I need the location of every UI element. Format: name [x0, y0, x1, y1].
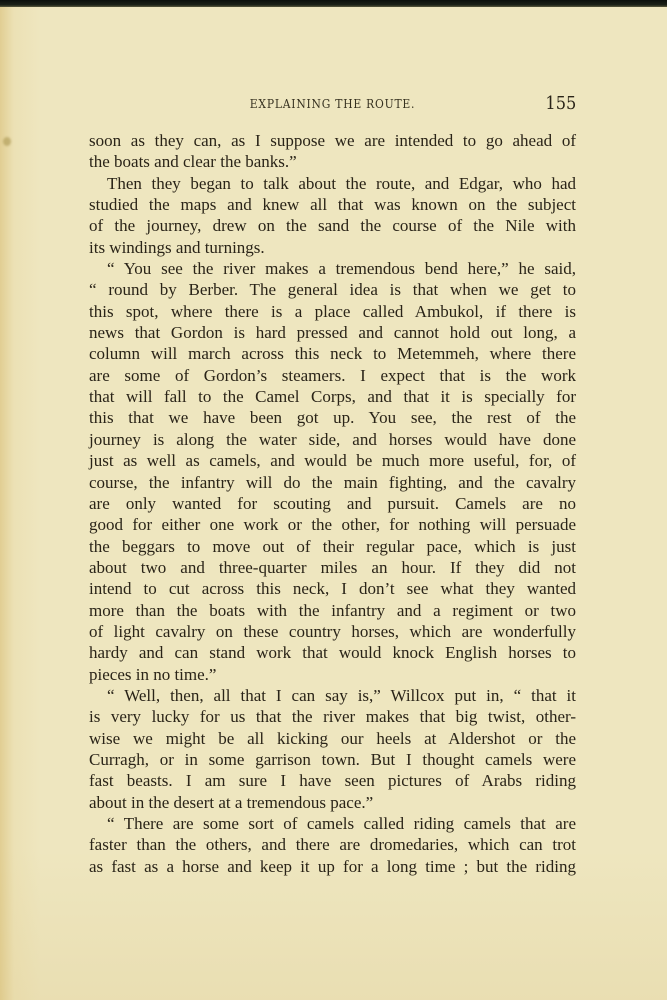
text-line: good for either one work or the other, f…: [89, 514, 576, 535]
text-line: Then they began to talk about the route,…: [89, 173, 576, 194]
text-line: soon as they can, as I suppose we are in…: [89, 130, 576, 151]
text-line: of the journey, drew on the sand the cou…: [89, 215, 576, 236]
text-line: “ Well, then, all that I can say is,” Wi…: [89, 685, 576, 706]
text-line: just as well as camels, and would be muc…: [89, 450, 576, 471]
text-line: about two and three-quarter miles an hou…: [89, 557, 576, 578]
text-line: intend to cut across this neck, I don’t …: [89, 578, 576, 599]
text-line: “ round by Berber. The general idea is t…: [89, 279, 576, 300]
body-text: soon as they can, as I suppose we are in…: [89, 130, 576, 877]
text-line: that will fall to the Camel Corps, and t…: [89, 386, 576, 407]
text-line: “ You see the river makes a tremendous b…: [89, 258, 576, 279]
text-line: faster than the others, and there are dr…: [89, 834, 576, 855]
text-line: course, the infantry will do the main fi…: [89, 472, 576, 493]
text-line: pieces in no time.”: [89, 664, 576, 685]
text-line: this that we have been got up. You see, …: [89, 407, 576, 428]
text-line: Curragh, or in some garrison town. But I…: [89, 749, 576, 770]
chapter-running-title: EXPLAINING THE ROUTE.: [123, 96, 542, 111]
text-line: is very lucky for us that the river make…: [89, 706, 576, 727]
text-line: column will march across this neck to Me…: [89, 343, 576, 364]
margin-stain: [3, 137, 11, 146]
text-line: the boats and clear the banks.”: [89, 151, 576, 172]
text-line: more than the boats with the infantry an…: [89, 600, 576, 621]
text-line: of light cavalry on these country horses…: [89, 621, 576, 642]
page-top-edge: [0, 0, 667, 7]
book-page: EXPLAINING THE ROUTE. 155 soon as they c…: [0, 0, 667, 1000]
text-line: hardy and can stand work that would knoc…: [89, 642, 576, 663]
text-line: as fast as a horse and keep it up for a …: [89, 856, 576, 877]
text-line: “ There are some sort of camels called r…: [89, 813, 576, 834]
text-line: journey is along the water side, and hor…: [89, 429, 576, 450]
text-line: the beggars to move out of their regular…: [89, 536, 576, 557]
text-line: studied the maps and knew all that was k…: [89, 194, 576, 215]
text-line: news that Gordon is hard pressed and can…: [89, 322, 576, 343]
text-line: are only wanted for scouting and pursuit…: [89, 493, 576, 514]
page-number: 155: [545, 93, 576, 114]
text-line: about in the desert at a tremendous pace…: [89, 792, 576, 813]
running-head: EXPLAINING THE ROUTE. 155: [89, 93, 576, 115]
text-line: are some of Gordon’s steamers. I expect …: [89, 365, 576, 386]
text-line: wise we might be all kicking our heels a…: [89, 728, 576, 749]
text-line: its windings and turnings.: [89, 237, 576, 258]
text-line: this spot, where there is a place called…: [89, 301, 576, 322]
text-line: fast beasts. I am sure I have seen pictu…: [89, 770, 576, 791]
